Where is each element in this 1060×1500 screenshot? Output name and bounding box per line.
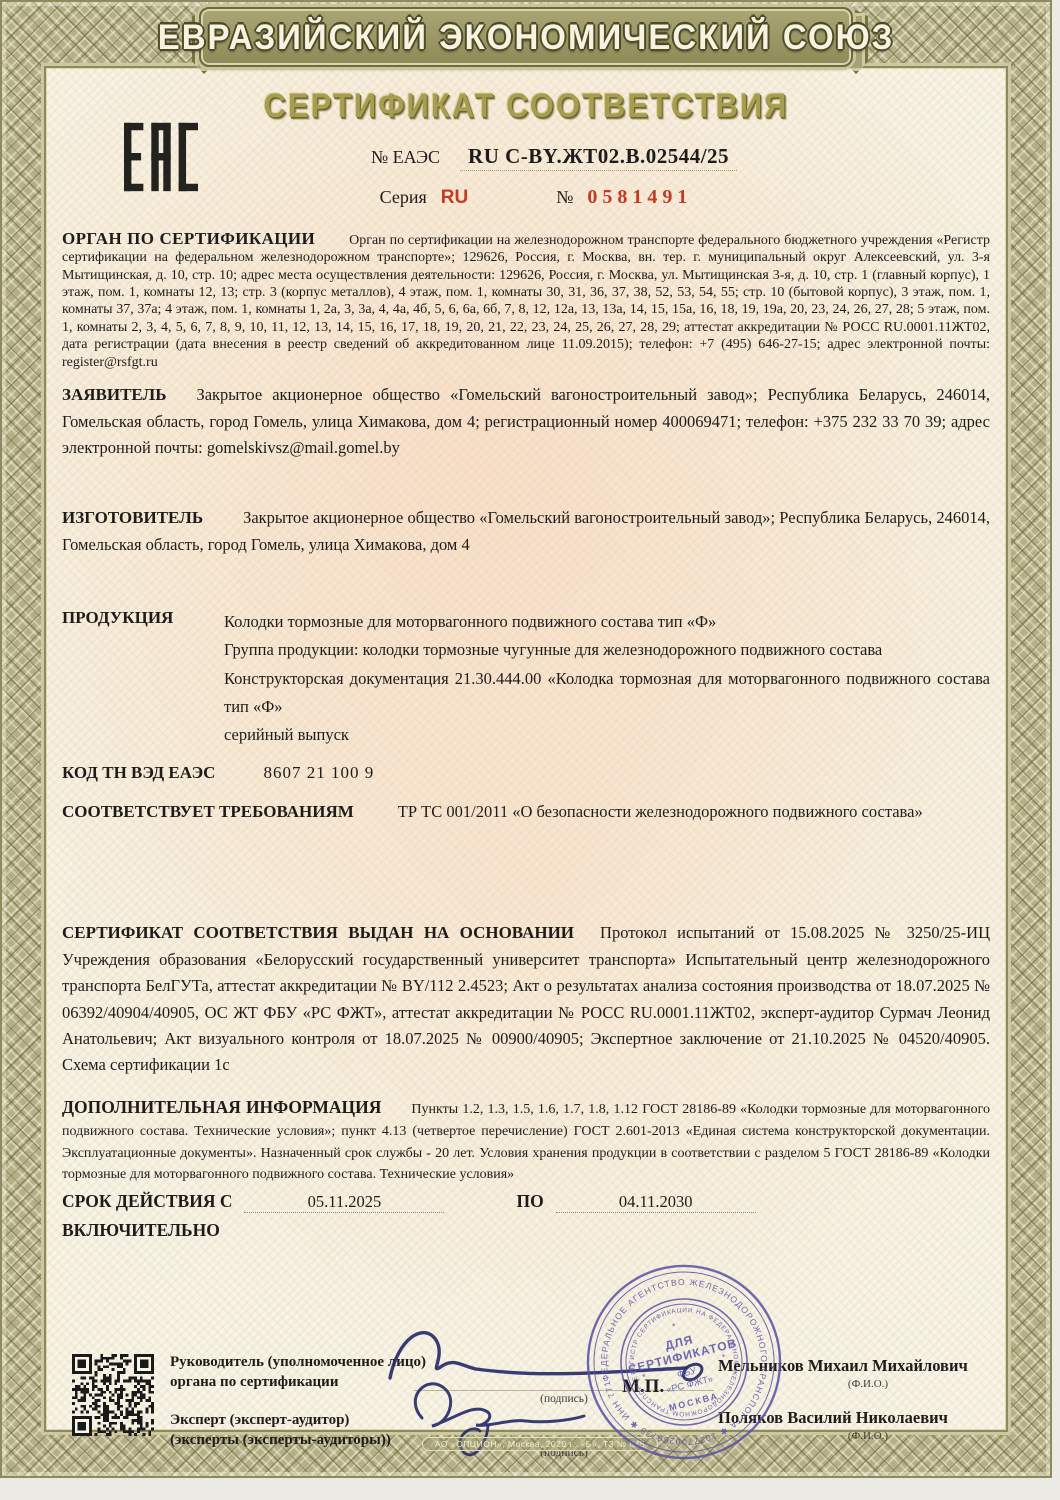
section-issued-on-basis-label: СЕРТИФИКАТ СООТВЕТСТВИЯ ВЫДАН НА ОСНОВАН… <box>62 923 574 942</box>
blank-number-label: № <box>556 187 573 208</box>
series-line: Серия RU № 0581491 <box>56 186 1016 209</box>
expert-role-line2: (эксперты (эксперты-аудиторы)) <box>170 1430 438 1450</box>
section-compliance: СООТВЕТСТВУЕТ ТРЕБОВАНИЯМТР ТС 001/2011 … <box>62 798 990 826</box>
section-production-label: ПРОДУКЦИЯ <box>62 608 224 750</box>
guilloche-frame: ЕВРАЗИЙСКИЙ ЭКОНОМИЧЕСКИЙ СОЮЗ СЕРТИФИКА… <box>0 0 1052 1478</box>
registration-number-label: № ЕАЭС <box>371 147 440 168</box>
production-line: Колодки тормозные для моторвагонного под… <box>224 608 990 636</box>
certificate-title: СЕРТИФИКАТ СООТВЕТСТВИЯ <box>46 86 1006 126</box>
validity-to-date: 04.11.2030 <box>556 1192 756 1213</box>
section-tnved-code: КОД ТН ВЭД ЕАЭС8607 21 100 9 <box>62 763 990 783</box>
production-line: серийный выпуск <box>224 721 990 749</box>
registration-number-value: RU C-BY.ЖТ02.B.02544/25 <box>460 144 737 171</box>
certificate-paper: СЕРТИФИКАТ СООТВЕТСТВИЯ № ЕАЭС RU C-BY.Ж… <box>44 66 1008 1432</box>
expert-role-label: Эксперт (эксперт-аудитор) (эксперты (экс… <box>170 1410 438 1451</box>
blank-number-value: 0581491 <box>587 186 692 209</box>
section-certification-body-label: ОРГАН ПО СЕРТИФИКАЦИИ <box>62 229 315 248</box>
section-applicant-text: Закрытое акционерное общество «Гомельски… <box>62 385 990 457</box>
certificate-page: ЕВРАЗИЙСКИЙ ЭКОНОМИЧЕСКИЙ СОЮЗ СЕРТИФИКА… <box>0 0 1060 1500</box>
validity-inclusive-label: ВКЛЮЧИТЕЛЬНО <box>62 1220 990 1241</box>
section-applicant: ЗАЯВИТЕЛЬЗакрытое акционерное общество «… <box>62 382 990 461</box>
series-value: RU <box>441 187 468 209</box>
section-issued-on-basis-text: Протокол испытаний от 15.08.2025 № 3250/… <box>62 923 990 1074</box>
validity-to-label: ПО <box>516 1191 543 1212</box>
stamp-star-icon: * <box>721 1352 727 1363</box>
stamp-star-icon: * <box>671 1321 677 1332</box>
section-manufacturer: ИЗГОТОВИТЕЛЬЗакрытое акционерное обществ… <box>62 505 990 558</box>
validity-from-date: 05.11.2025 <box>244 1192 444 1213</box>
stamp-star-icon: * <box>641 1372 647 1383</box>
expert-role-line1: Эксперт (эксперт-аудитор) <box>170 1410 438 1430</box>
production-line: Конструкторская документация 21.30.444.0… <box>224 665 990 722</box>
qr-code <box>72 1354 154 1436</box>
section-certification-body-text: Орган по сертификации на железнодорожном… <box>62 233 990 370</box>
registration-number-line: № ЕАЭС RU C-BY.ЖТ02.B.02544/25 <box>74 144 1034 171</box>
validity-period-row: СРОК ДЕЙСТВИЯ С 05.11.2025 ПО 04.11.2030 <box>62 1191 990 1213</box>
union-title-plaque: ЕВРАЗИЙСКИЙ ЭКОНОМИЧЕСКИЙ СОЮЗ <box>199 7 853 67</box>
certification-stamp: ФЕДЕРАЛЬНОЕ АГЕНТСТВО ЖЕЛЕЗНОДОРОЖНОГО Т… <box>582 1260 786 1464</box>
section-additional-info: ДОПОЛНИТЕЛЬНАЯ ИНФОРМАЦИЯПункты 1.2, 1.3… <box>62 1094 990 1186</box>
production-line: Группа продукции: колодки тормозные чугу… <box>224 636 990 664</box>
tnved-code-value: 8607 21 100 9 <box>263 763 374 782</box>
validity-from-label: СРОК ДЕЙСТВИЯ С <box>62 1191 232 1212</box>
section-issued-on-basis: СЕРТИФИКАТ СООТВЕТСТВИЯ ВЫДАН НА ОСНОВАН… <box>62 919 990 1078</box>
section-production: ПРОДУКЦИЯ Колодки тормозные для моторваг… <box>62 608 990 750</box>
certificate-body: ОРГАН ПО СЕРТИФИКАЦИИОрган по сертификац… <box>62 228 990 1241</box>
union-title: ЕВРАЗИЙСКИЙ ЭКОНОМИЧЕСКИЙ СОЮЗ <box>158 16 895 57</box>
section-production-lines: Колодки тормозные для моторвагонного под… <box>224 608 990 750</box>
section-tnved-label: КОД ТН ВЭД ЕАЭС <box>62 763 215 782</box>
section-manufacturer-label: ИЗГОТОВИТЕЛЬ <box>62 508 203 527</box>
section-certification-body: ОРГАН ПО СЕРТИФИКАЦИИОрган по сертификац… <box>62 228 990 371</box>
section-compliance-label: СООТВЕТСТВУЕТ ТРЕБОВАНИЯМ <box>62 802 354 821</box>
section-compliance-text: ТР ТС 001/2011 «О безопасности железнодо… <box>398 802 923 821</box>
series-label: Серия <box>380 187 427 208</box>
section-additional-info-label: ДОПОЛНИТЕЛЬНАЯ ИНФОРМАЦИЯ <box>62 1097 381 1117</box>
head-role-label: Руководитель (уполномоченное лицо) орган… <box>170 1352 438 1393</box>
section-applicant-label: ЗАЯВИТЕЛЬ <box>62 385 166 404</box>
